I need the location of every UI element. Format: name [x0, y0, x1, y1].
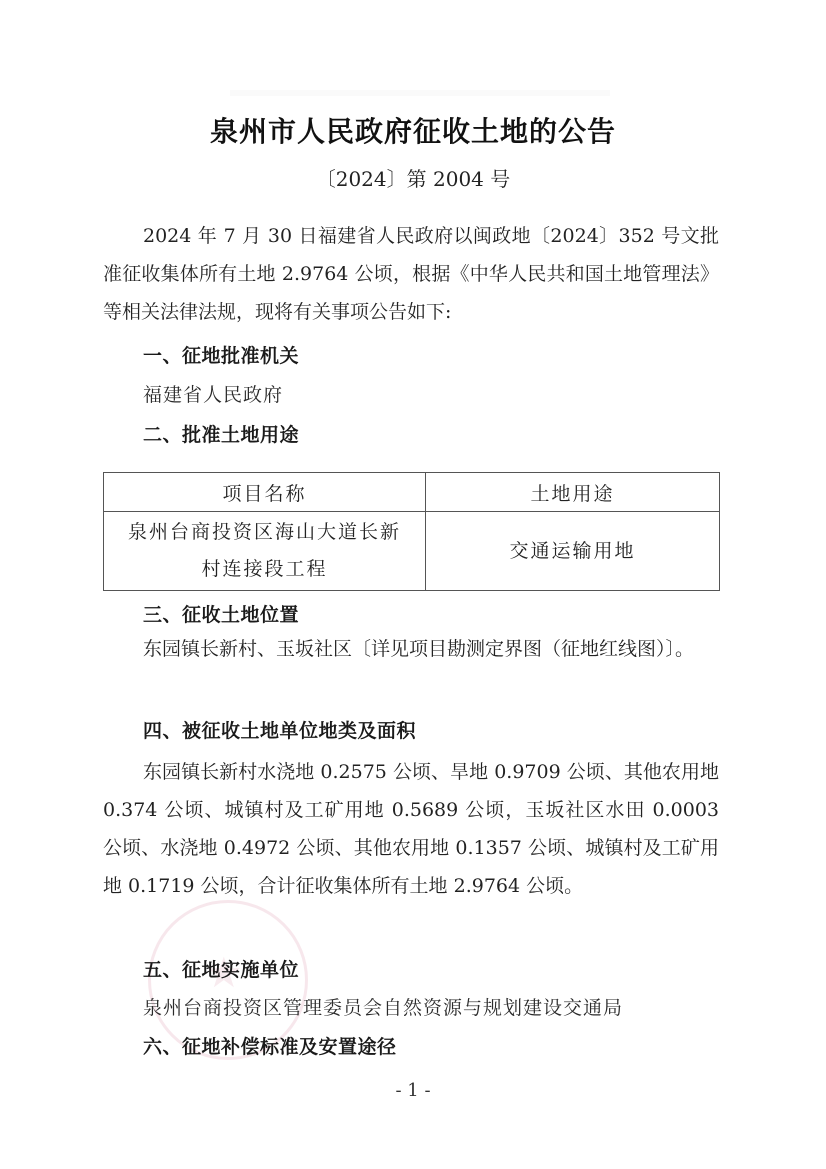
document-number: 〔2024〕第 2004 号 — [0, 163, 826, 192]
table-cell-project: 泉州台商投资区海山大道长新 村连接段工程 — [104, 512, 426, 591]
intro-paragraph: 2024 年 7 月 30 日福建省人民政府以闽政地〔2024〕352 号文批准… — [103, 217, 719, 331]
table-cell-land-use: 交通运输用地 — [426, 512, 720, 591]
document-title: 泉州市人民政府征收土地的公告 — [0, 110, 826, 150]
project-name-line2: 村连接段工程 — [104, 551, 425, 588]
section-heading-2: 二、批准土地用途 — [143, 420, 299, 447]
table-header-project: 项目名称 — [104, 473, 426, 512]
section-heading-6: 六、征地补偿标准及安置途径 — [143, 1032, 397, 1059]
land-use-table: 项目名称 土地用途 泉州台商投资区海山大道长新 村连接段工程 交通运输用地 — [103, 472, 720, 591]
table-header-row: 项目名称 土地用途 — [104, 473, 720, 512]
section-content-1: 福建省人民政府 — [143, 380, 283, 407]
document-page: 泉州市人民政府征收土地的公告 〔2024〕第 2004 号 2024 年 7 月… — [0, 0, 826, 1169]
section-content-5: 泉州台商投资区管理委员会自然资源与规划建设交通局 — [143, 993, 623, 1020]
table-row: 泉州台商投资区海山大道长新 村连接段工程 交通运输用地 — [104, 512, 720, 591]
project-name-line1: 泉州台商投资区海山大道长新 — [104, 514, 425, 551]
section-content-3: 东园镇长新村、玉坂社区〔详见项目勘测定界图（征地红线图）〕。 — [103, 630, 719, 668]
section-heading-3: 三、征收土地位置 — [143, 600, 299, 627]
section-heading-4: 四、被征收土地单位地类及面积 — [143, 716, 416, 743]
page-number: - 1 - — [0, 1080, 826, 1101]
section-heading-5: 五、征地实施单位 — [143, 955, 299, 982]
faint-header-mark — [230, 90, 610, 96]
section-heading-1: 一、征地批准机关 — [143, 341, 299, 368]
table-header-land-use: 土地用途 — [426, 473, 720, 512]
section-content-4: 东园镇长新村水浇地 0.2575 公顷、旱地 0.9709 公顷、其他农用地 0… — [103, 753, 719, 905]
